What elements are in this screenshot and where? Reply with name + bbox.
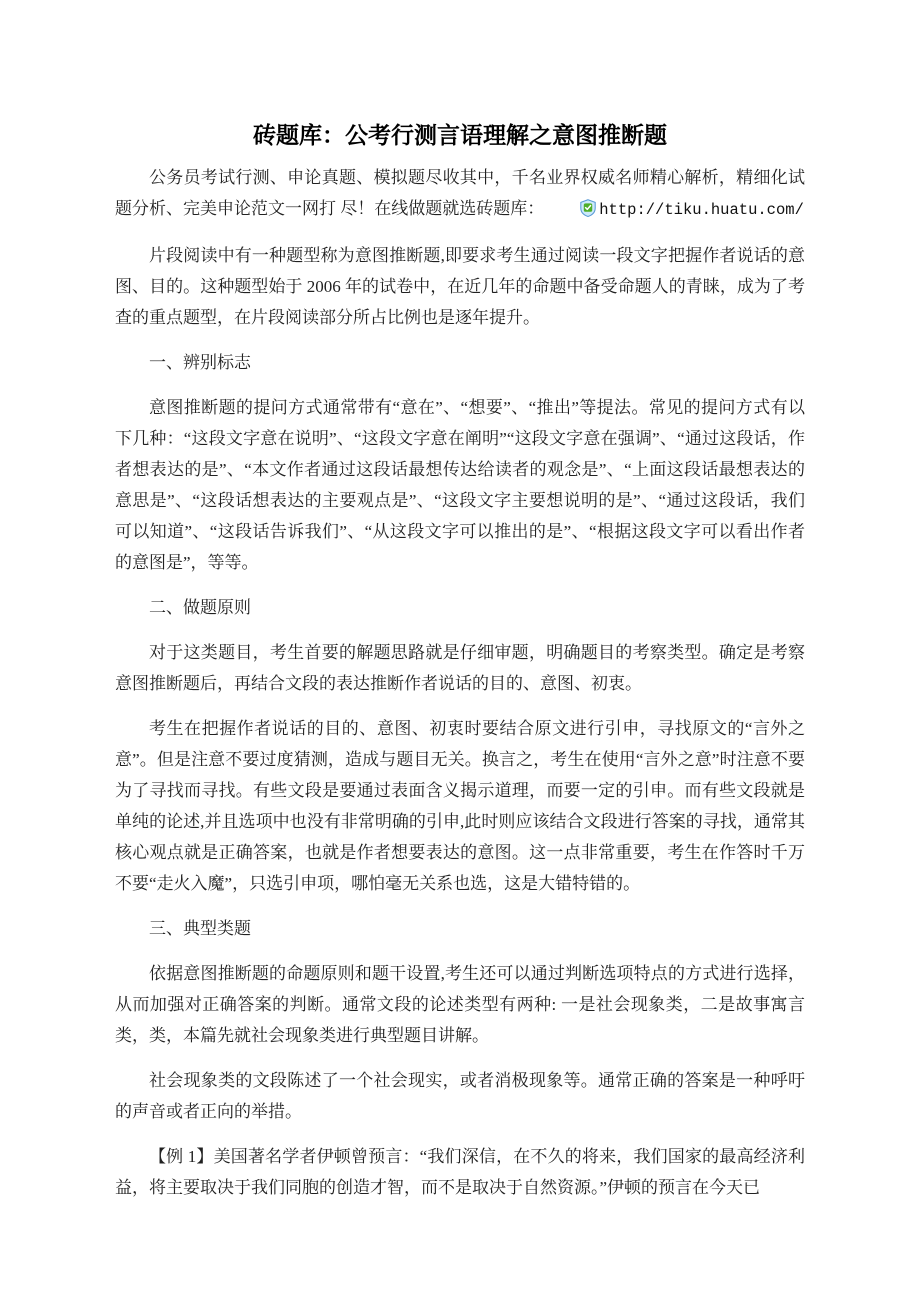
intro-paragraph: 公务员考试行测、申论真题、模拟题尽收其中，千名业界权威名师精心解析，精细化试题分… <box>115 162 805 226</box>
document-page: 砖题库：公考行测言语理解之意图推断题 公务员考试行测、申论真题、模拟题尽收其中，… <box>0 0 920 1302</box>
section-heading-identify-signs: 一、辨别标志 <box>115 347 805 378</box>
shield-check-icon <box>544 193 599 224</box>
paragraph-question-type-intro: 片段阅读中有一种题型称为意图推断题,即要求考生通过阅读一段文字把握作者说话的意图… <box>115 240 805 333</box>
paragraph-two-types: 依据意图推断题的命题原则和题干设置,考生还可以通过判断选项特点的方式进行选择，从… <box>115 958 805 1051</box>
paragraph-question-phrasings: 意图推断题的提问方式通常带有“意在”、“想要”、“推出”等提法。常见的提问方式有… <box>115 392 805 578</box>
document-title: 砖题库：公考行测言语理解之意图推断题 <box>115 120 805 152</box>
paragraph-extended-meaning: 考生在把握作者说话的目的、意图、初衷时要结合原文进行引申，寻找原文的“言外之意”… <box>115 713 805 899</box>
tiku-url-link[interactable]: http://tiku.huatu.com/ <box>599 201 804 219</box>
section-heading-typical-questions: 三、典型类题 <box>115 913 805 944</box>
section-heading-answer-principles: 二、做题原则 <box>115 592 805 623</box>
paragraph-first-step: 对于这类题目，考生首要的解题思路就是仔细审题，明确题目的考察类型。确定是考察意图… <box>115 637 805 699</box>
paragraph-social-phenomenon: 社会现象类的文段陈述了一个社会现实，或者消极现象等。通常正确的答案是一种呼吁的声… <box>115 1065 805 1127</box>
paragraph-example-1: 【例 1】美国著名学者伊顿曾预言：“我们深信，在不久的将来，我们国家的最高经济利… <box>115 1141 805 1203</box>
